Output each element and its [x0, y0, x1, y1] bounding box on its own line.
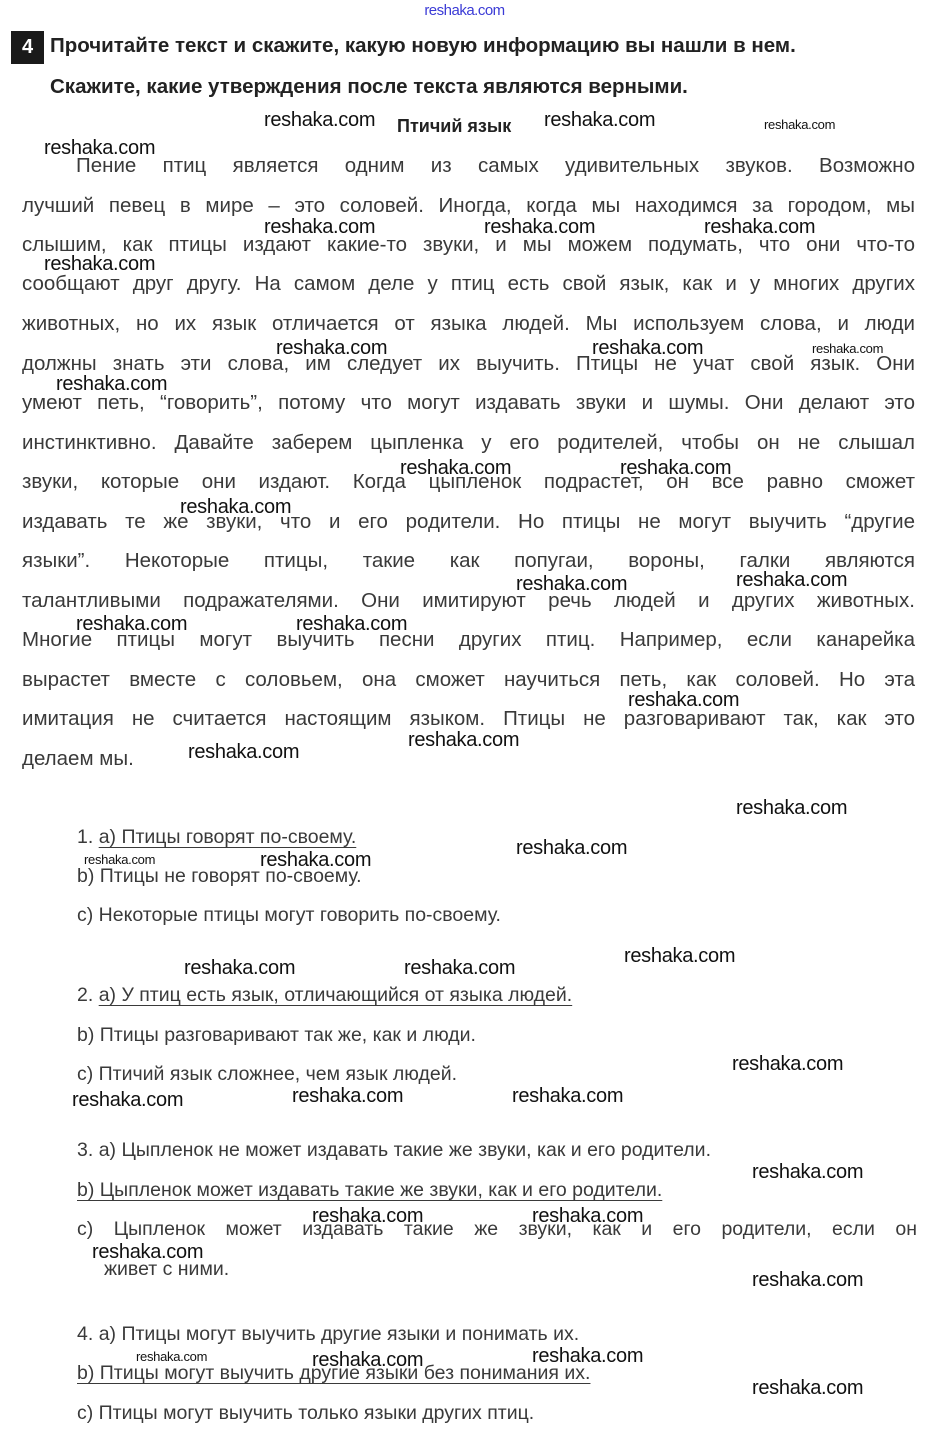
watermark: reshaka.com: [628, 689, 739, 712]
question-3-option-a: 3. a) Цыпленок не может издавать такие ж…: [77, 1139, 711, 1162]
watermark: reshaka.com: [292, 1085, 403, 1108]
question-1-option-a: 1. a) Птицы говорят по-своему.: [77, 826, 356, 849]
watermark: reshaka.com: [264, 109, 375, 132]
watermark: reshaka.com: [400, 457, 511, 480]
question-number: 3.: [77, 1139, 93, 1161]
task-number-badge: 4: [11, 31, 44, 64]
watermark: reshaka.com: [736, 569, 847, 592]
watermark: reshaka.com: [72, 1089, 183, 1112]
watermark: reshaka.com: [752, 1269, 863, 1292]
watermark: reshaka.com: [180, 496, 291, 519]
task-instruction-line1: Прочитайте текст и скажите, какую новую …: [50, 34, 796, 58]
task-instruction-line2: Скажите, какие утверждения после текста …: [50, 75, 688, 99]
watermark: reshaka.com: [704, 216, 815, 239]
watermark: reshaka.com: [516, 573, 627, 596]
watermark: reshaka.com: [44, 253, 155, 276]
paragraph-line: вырастет вместе с соловьем, она сможет н…: [22, 666, 915, 694]
watermark: reshaka.com: [736, 797, 847, 820]
watermark: reshaka.com: [84, 852, 155, 867]
question-number: 2.: [77, 984, 93, 1006]
text-title: Птичий язык: [397, 116, 511, 137]
option-text: a) Птицы говорят по-своему.: [99, 826, 357, 848]
watermark: reshaka.com: [260, 849, 371, 872]
watermark: reshaka.com: [188, 741, 299, 764]
watermark: reshaka.com: [408, 729, 519, 752]
option-text: a) Птицы могут выучить другие языки и по…: [99, 1323, 580, 1345]
watermark: reshaka.com: [296, 613, 407, 636]
paragraph-line: издавать те же звуки, что и его родители…: [22, 508, 915, 536]
question-3-option-b: b) Цыпленок может издавать такие же звук…: [77, 1179, 662, 1202]
watermark: reshaka.com: [532, 1345, 643, 1368]
paragraph-line: животных, но их язык отличается от языка…: [22, 310, 915, 338]
watermark: reshaka.com: [312, 1349, 423, 1372]
question-2-option-a: 2. a) У птиц есть язык, отличающийся от …: [77, 984, 572, 1007]
watermark: reshaka.com: [532, 1205, 643, 1228]
top-watermark: reshaka.com: [0, 2, 929, 19]
option-text: a) Цыпленок не может издавать такие же з…: [99, 1139, 711, 1161]
question-number: 1.: [77, 826, 93, 848]
watermark: reshaka.com: [544, 109, 655, 132]
watermark: reshaka.com: [92, 1241, 203, 1264]
watermark: reshaka.com: [312, 1205, 423, 1228]
watermark: reshaka.com: [592, 337, 703, 360]
watermark: reshaka.com: [512, 1085, 623, 1108]
watermark: reshaka.com: [484, 216, 595, 239]
watermark: reshaka.com: [184, 957, 295, 980]
watermark: reshaka.com: [624, 945, 735, 968]
watermark: reshaka.com: [752, 1377, 863, 1400]
watermark: reshaka.com: [56, 373, 167, 396]
question-2-option-c: c) Птичий язык сложнее, чем язык людей.: [77, 1063, 457, 1086]
watermark: reshaka.com: [136, 1349, 207, 1364]
watermark: reshaka.com: [764, 117, 835, 132]
paragraph-line: сообщают друг другу. На самом деле у пти…: [22, 270, 915, 298]
question-3-option-c: c) Цыпленок может издавать такие же звук…: [77, 1218, 917, 1241]
option-text: a) У птиц есть язык, отличающийся от язы…: [99, 984, 573, 1006]
paragraph-line: инстинктивно. Давайте заберем цыпленка у…: [22, 429, 915, 457]
question-1-option-c: c) Некоторые птицы могут говорить по-сво…: [77, 904, 501, 927]
question-number: 4.: [77, 1323, 93, 1345]
watermark: reshaka.com: [752, 1161, 863, 1184]
question-2-option-b: b) Птицы разговаривают так же, как и люд…: [77, 1024, 476, 1047]
watermark: reshaka.com: [620, 457, 731, 480]
watermark: reshaka.com: [264, 216, 375, 239]
watermark: reshaka.com: [404, 957, 515, 980]
question-4-option-a: 4. a) Птицы могут выучить другие языки и…: [77, 1323, 579, 1346]
watermark: reshaka.com: [812, 341, 883, 356]
watermark: reshaka.com: [44, 137, 155, 160]
watermark: reshaka.com: [76, 613, 187, 636]
paragraph-line: Пение птиц является одним из самых удиви…: [22, 152, 915, 180]
question-4-option-c: c) Птицы могут выучить только языки друг…: [77, 1402, 534, 1425]
watermark: reshaka.com: [732, 1053, 843, 1076]
watermark: reshaka.com: [276, 337, 387, 360]
watermark: reshaka.com: [516, 837, 627, 860]
